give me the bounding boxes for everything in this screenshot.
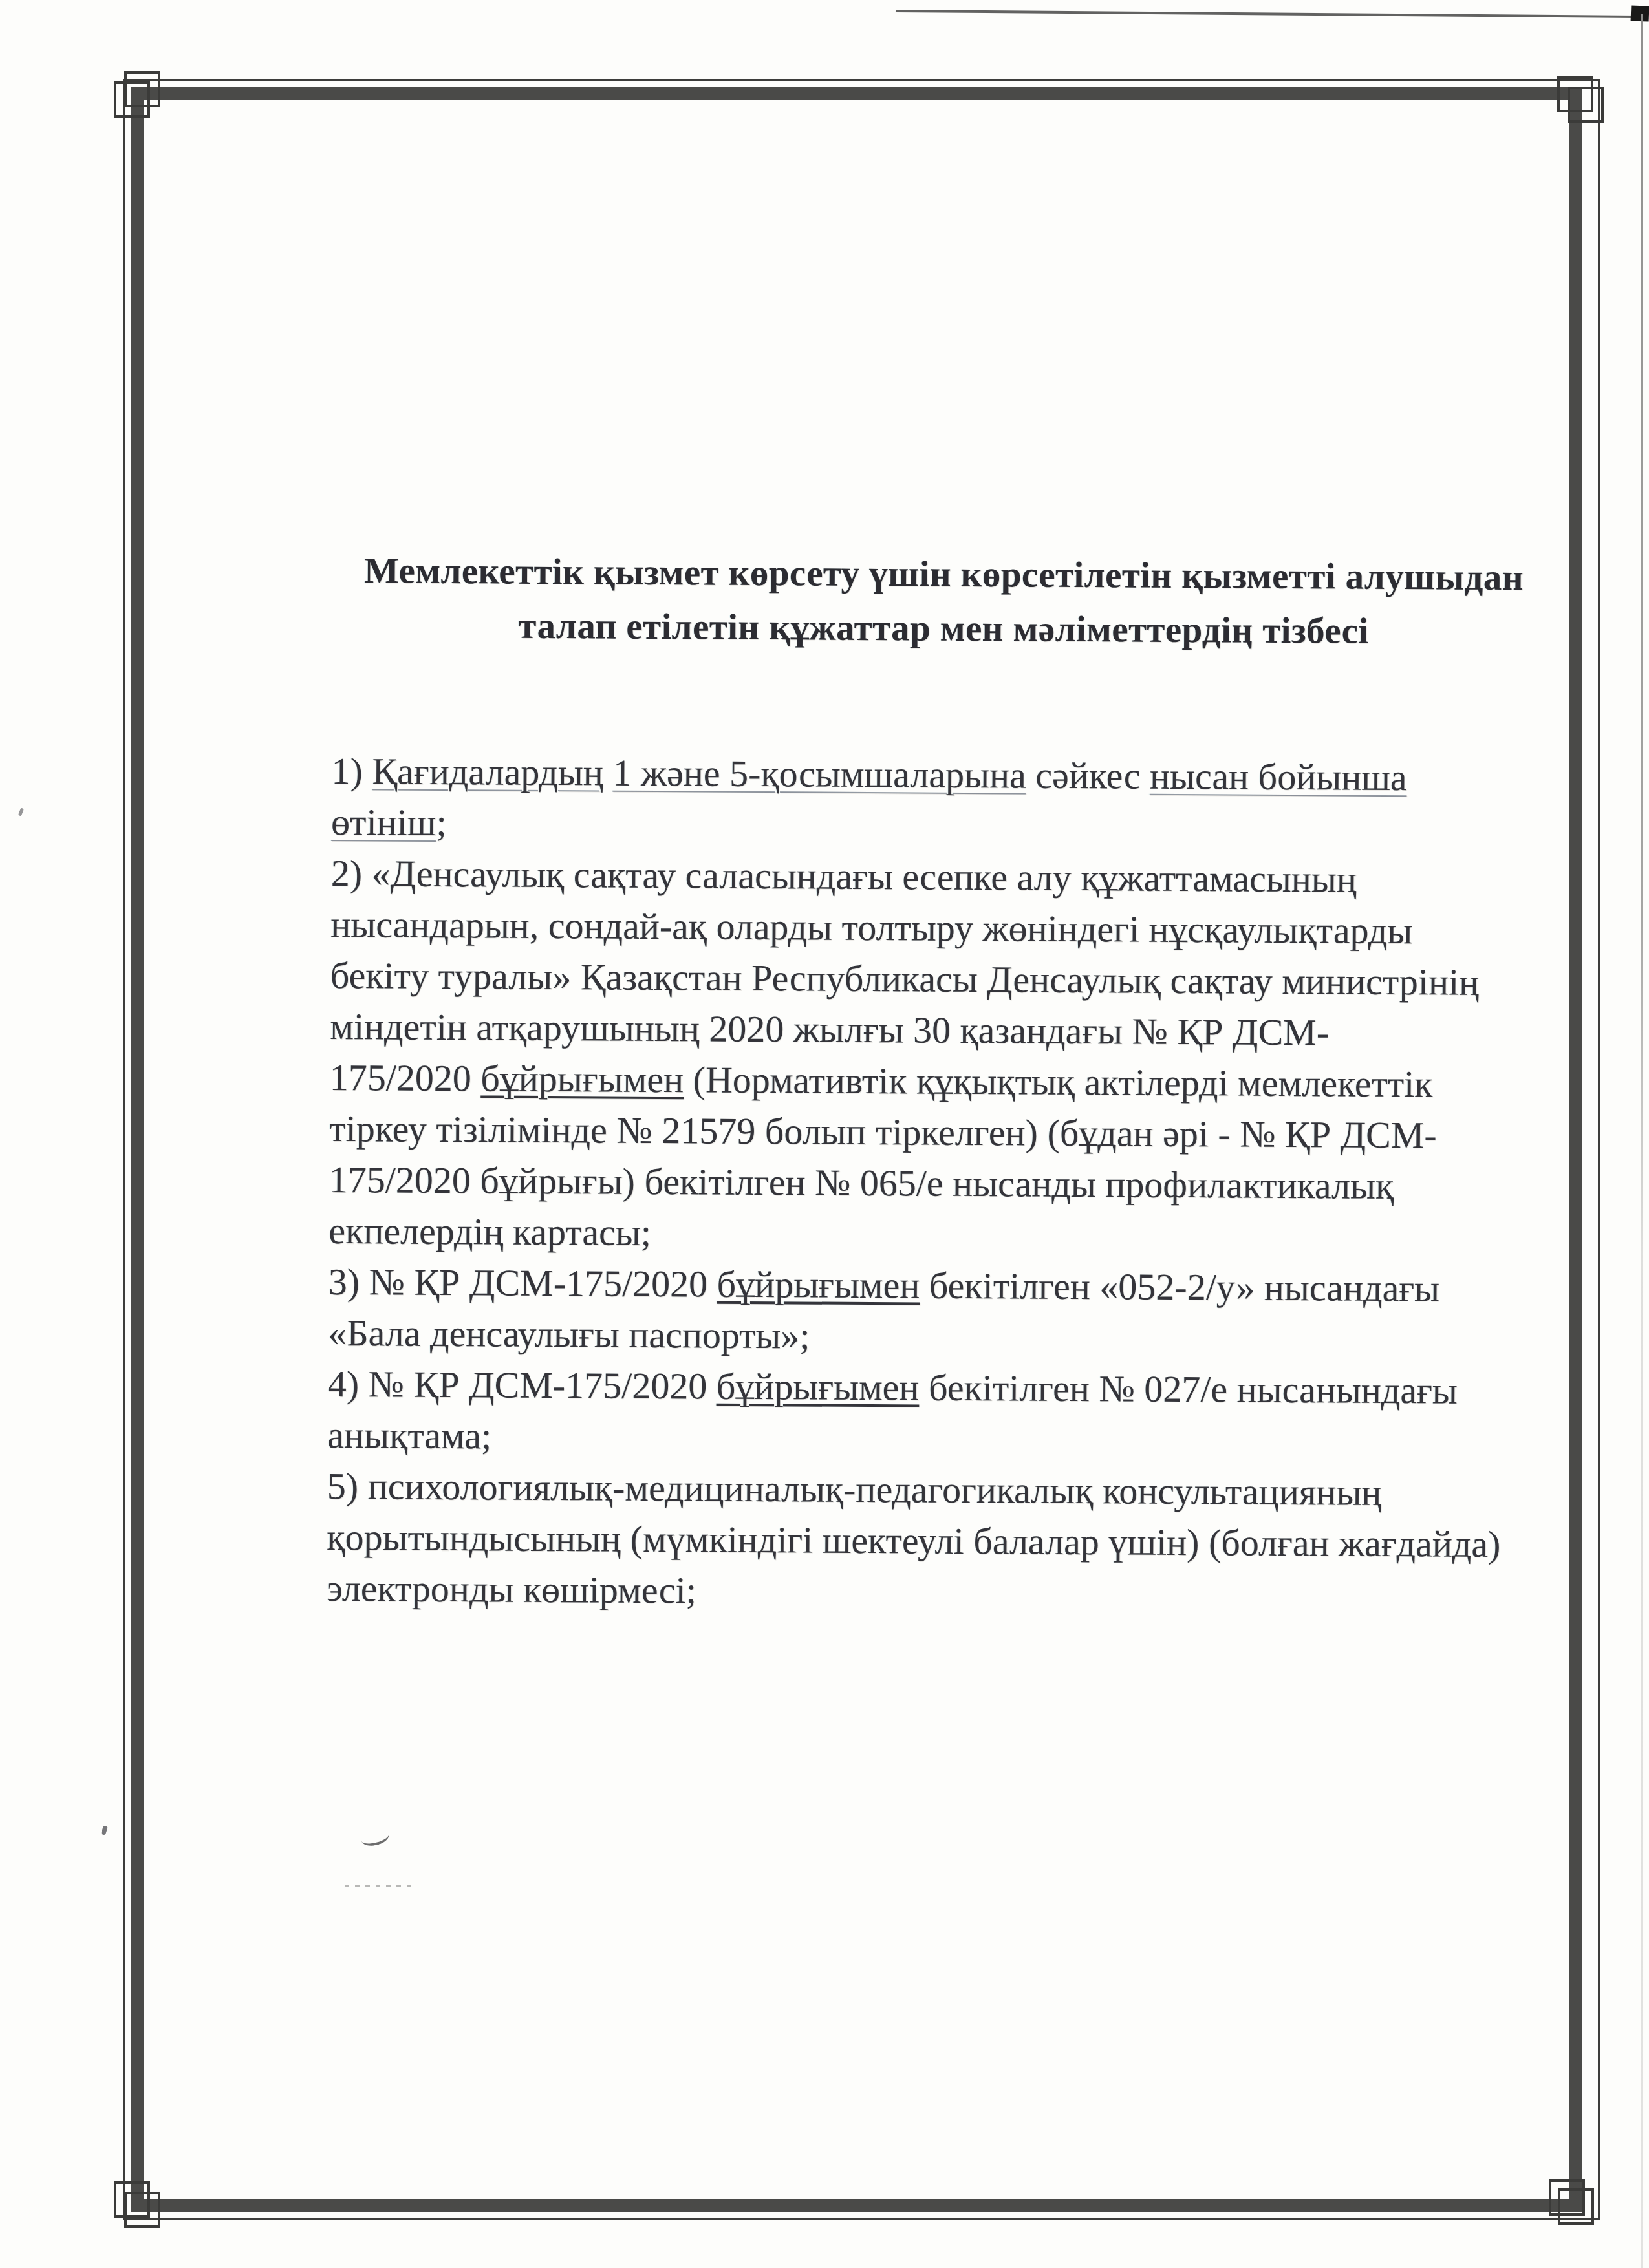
text-segment: 4) № ҚР ДСМ-175/2020 xyxy=(328,1363,717,1407)
link-text: нысан бойынша xyxy=(1150,755,1407,798)
document-title: Мемлекеттік қызмет көрсету үшін көрсетіл… xyxy=(332,544,1555,660)
title-line-1: Мемлекеттік қызмет көрсету үшін көрсетіл… xyxy=(332,544,1555,606)
text-segment: сәйкес xyxy=(1026,754,1150,797)
text-segment: бекітілген «052-2/у» нысандағы xyxy=(920,1265,1439,1310)
link-text: бұйрығымен xyxy=(717,1263,920,1307)
text-segment xyxy=(603,752,613,794)
scan-artifact-top-edge-line xyxy=(896,10,1636,18)
text-segment: ; xyxy=(436,802,447,844)
text-line: тіркеу тізілімінде № 21579 болып тіркелг… xyxy=(329,1103,1551,1162)
link-text: бұйрығымен xyxy=(717,1365,920,1409)
scan-artifact-speck xyxy=(18,808,24,817)
link-text: Қағидалардың xyxy=(372,750,603,793)
text-segment: (Нормативтік құқықтық актілерді мемлекет… xyxy=(684,1058,1433,1105)
text-line: 3) № ҚР ДСМ-175/2020 бұйрығымен бекітілг… xyxy=(329,1256,1551,1315)
text-segment: «Бала денсаулығы паспорты»; xyxy=(328,1312,810,1357)
text-line: 175/2020 бұйрығы) бекітілген № 065/е ныс… xyxy=(329,1154,1551,1213)
text-segment: тіркеу тізілімінде № 21579 болып тіркелг… xyxy=(329,1107,1437,1156)
scan-artifact-dotted-smudge xyxy=(345,1885,417,1887)
text-segment: 2) «Денсаулық сақтау саласындағы есепке … xyxy=(331,852,1357,901)
link-text: бұйрығымен xyxy=(480,1057,684,1100)
text-line: міндетін атқарушының 2020 жылғы 30 қазан… xyxy=(330,1001,1552,1060)
scan-artifact-speck xyxy=(101,1825,108,1835)
text-line: анықтама; xyxy=(327,1409,1549,1468)
text-segment: бекіту туралы» Қазақстан Республикасы Де… xyxy=(330,954,1480,1003)
text-line: екпелердің картасы; xyxy=(329,1205,1551,1264)
document-content: Мемлекеттік қызмет көрсету үшін көрсетіл… xyxy=(336,0,1558,8)
text-line: 1) Қағидалардың 1 және 5-қосымшаларына с… xyxy=(331,745,1553,804)
text-line: нысандарын, сондай-ақ оларды толтыру жөн… xyxy=(330,899,1553,957)
title-line-2: талап етілетін құжаттар мен мәліметтерді… xyxy=(332,598,1555,660)
link-text: өтініш xyxy=(331,801,436,844)
text-segment: нысандарын, сондай-ақ оларды толтыру жөн… xyxy=(330,903,1412,952)
scanned-page: { "colors": { "ink": "#34343a", "frame_t… xyxy=(0,0,1649,2268)
text-line: 4) № ҚР ДСМ-175/2020 бұйрығымен бекітілг… xyxy=(328,1358,1550,1417)
link-text: 1 және 5-қосымшаларына xyxy=(612,752,1026,797)
text-line: 2) «Денсаулық сақтау саласындағы есепке … xyxy=(331,848,1553,906)
text-segment: қорытындысының (мүмкіндігі шектеулі бала… xyxy=(327,1516,1500,1565)
border-corner-square xyxy=(114,81,150,118)
text-segment: 175/2020 бұйрығы) бекітілген № 065/е ныс… xyxy=(329,1159,1394,1207)
text-line: 175/2020 бұйрығымен (Нормативтік құқықты… xyxy=(330,1052,1552,1111)
text-segment: міндетін атқарушының 2020 жылғы 30 қазан… xyxy=(330,1005,1329,1053)
scan-artifact-corner-blob xyxy=(1631,6,1649,22)
border-corner-square xyxy=(114,2181,150,2218)
text-line: «Бала денсаулығы паспорты»; xyxy=(328,1307,1550,1366)
scan-artifact-paper-edge-line xyxy=(1641,14,1643,2268)
text-segment: 3) № ҚР ДСМ-175/2020 xyxy=(329,1261,717,1305)
text-segment: анықтама; xyxy=(327,1414,491,1457)
text-segment: 175/2020 xyxy=(330,1056,481,1099)
text-line: өтініш; xyxy=(331,797,1553,855)
border-corner-square xyxy=(1558,2188,1594,2225)
border-corner-square xyxy=(1568,87,1604,123)
text-line: 5) психологиялық-медициналық-педагогикал… xyxy=(327,1460,1549,1519)
text-line: электронды көшірмесі; xyxy=(327,1563,1549,1621)
text-segment: 1) xyxy=(332,750,372,792)
text-line: бекіту туралы» Қазақстан Республикасы Де… xyxy=(330,950,1553,1009)
text-line: қорытындысының (мүмкіндігі шектеулі бала… xyxy=(327,1512,1549,1570)
text-segment: екпелердің картасы; xyxy=(329,1210,651,1254)
body-text: 1) Қағидалардың 1 және 5-қосымшаларына с… xyxy=(327,745,1554,1621)
text-segment: бекітілген № 027/е нысанындағы xyxy=(919,1367,1458,1412)
text-segment: электронды көшірмесі; xyxy=(327,1567,696,1611)
text-segment: 5) психологиялық-медициналық-педагогикал… xyxy=(327,1465,1382,1514)
